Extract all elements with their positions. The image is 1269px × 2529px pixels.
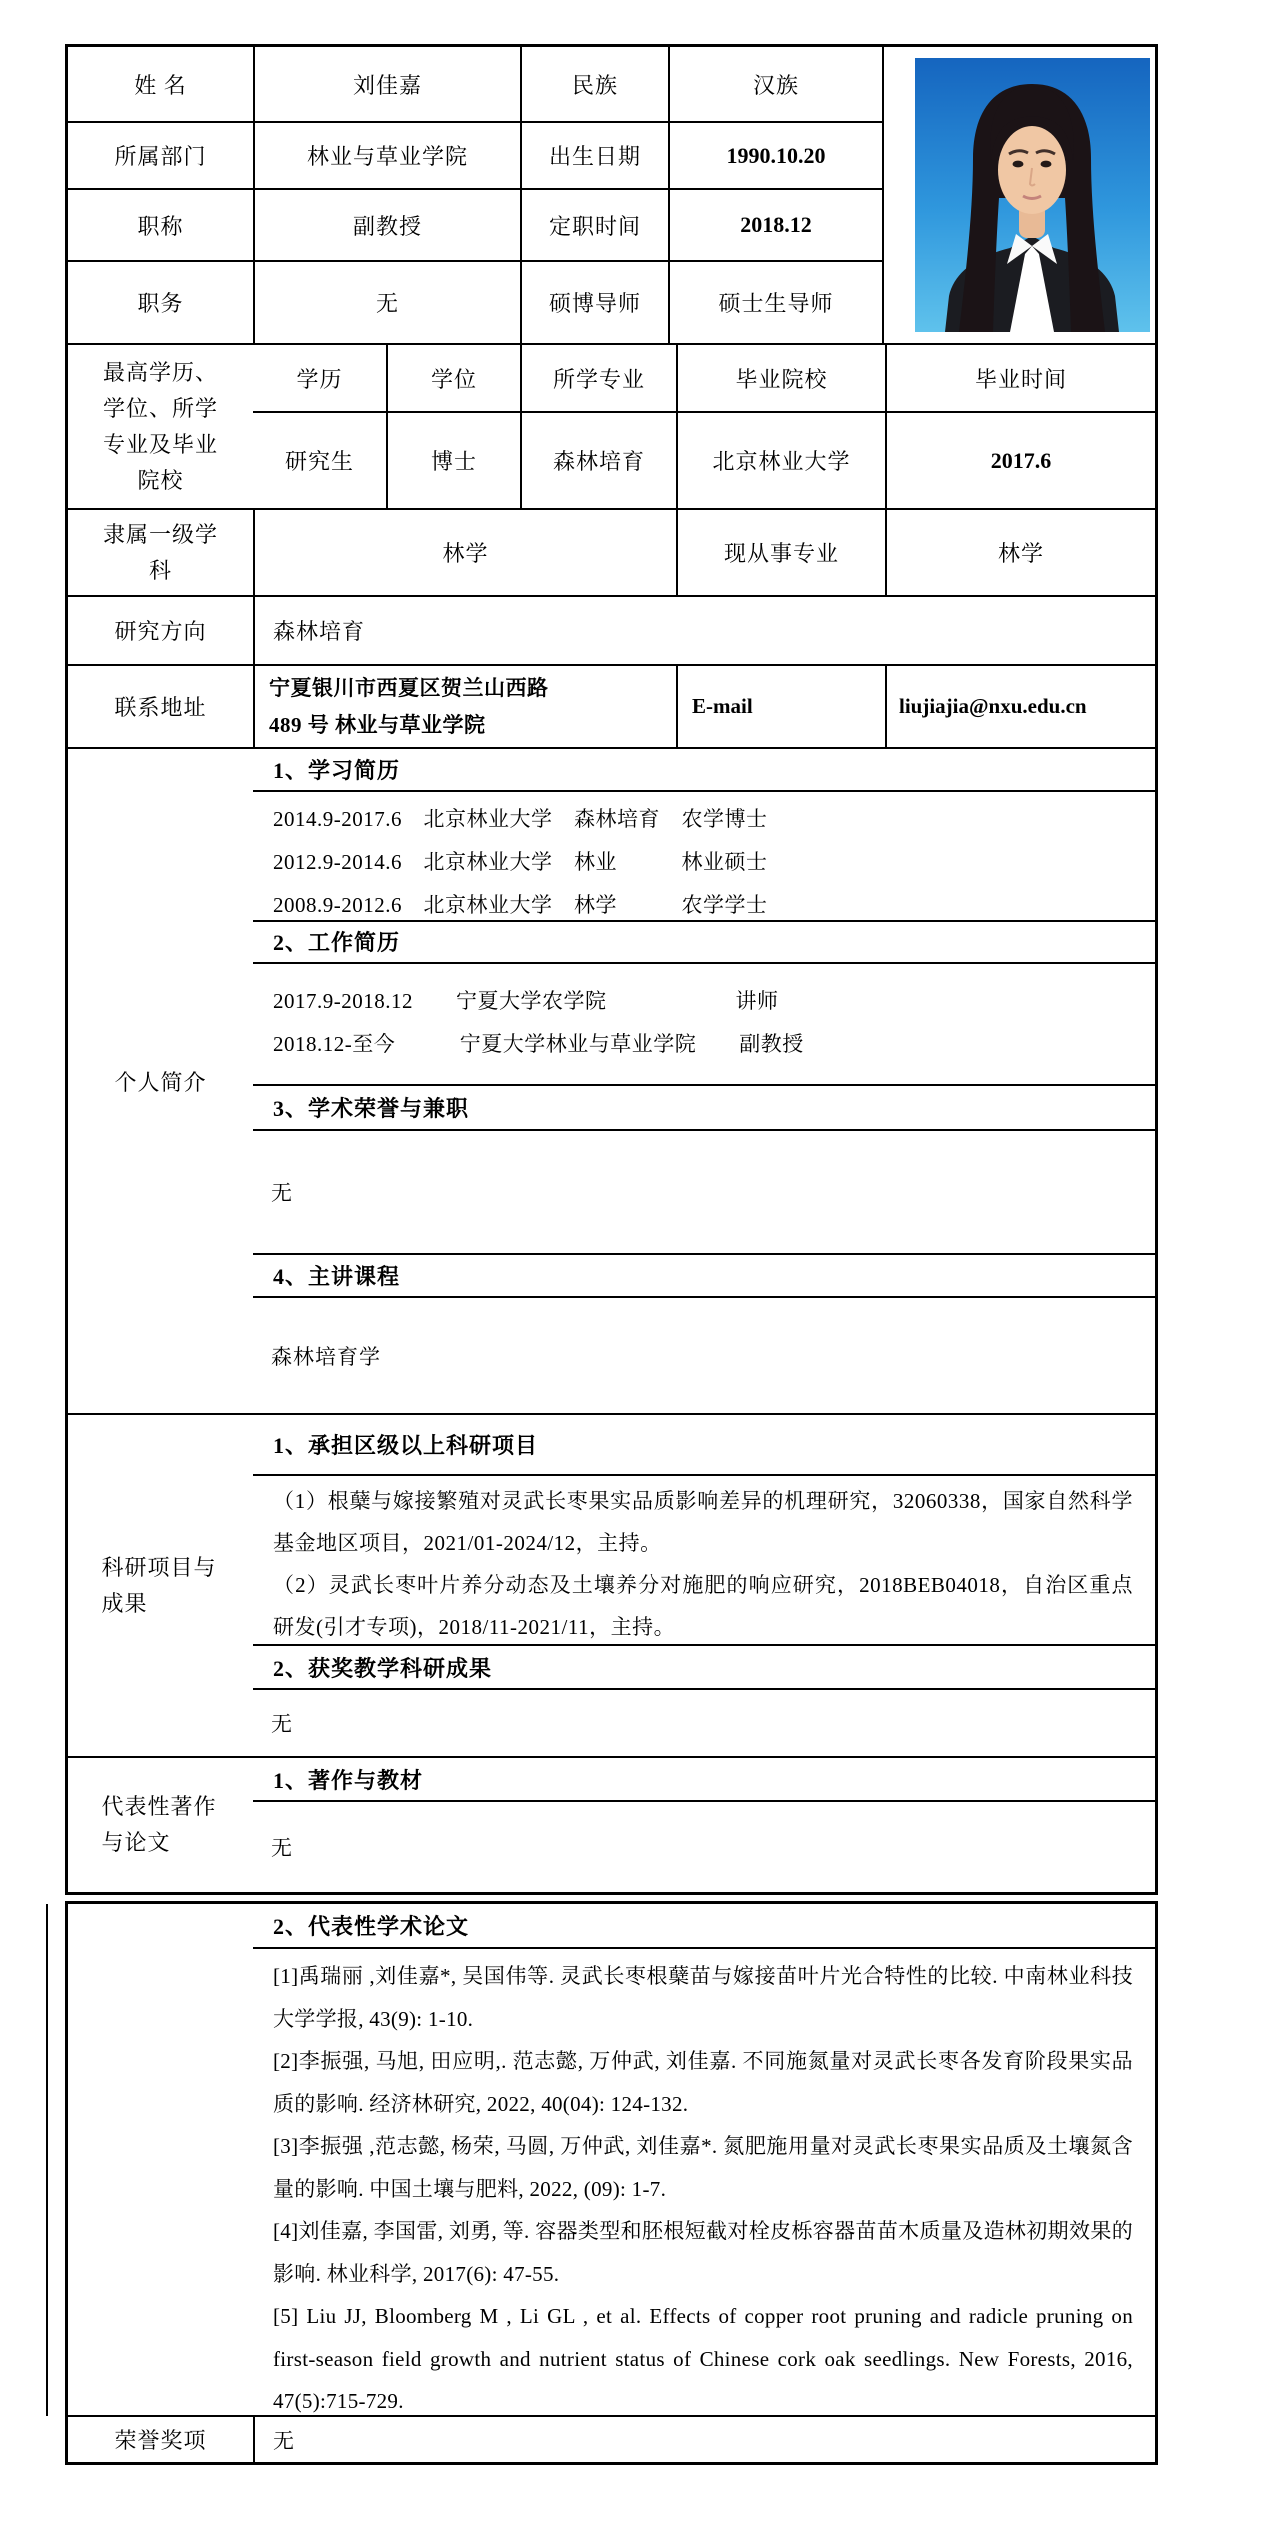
works-header1: 1、著作与教材 [253,1758,1155,1800]
birth-value: 1990.10.20 [727,143,826,169]
name-label-cell: 姓 名 [68,47,253,121]
discipline-label: 隶属一级学科 [101,517,221,589]
projects-award-value: 无 [253,1690,1155,1756]
tenure-value-cell: 2018.12 [668,190,882,260]
project-item: （2）灵武长枣叶片养分动态及土壤养分对施肥的响应研究，2018BEB04018，… [273,1564,1133,1648]
mentor-value: 硕士生导师 [718,287,833,318]
degree-header-time: 毕业时间 [885,345,1155,411]
projects-header1: 1、承担区级以上科研项目 [253,1415,1155,1474]
works-label-cell: 代表性著作与论文 [68,1758,253,1892]
work-item: 2018.12-至今 宁夏大学林业与草业学院 副教授 [273,1023,1135,1066]
degree-value-school: 北京林业大学 [676,413,885,508]
name-value-cell: 刘佳嘉 [253,47,520,121]
contact-label-cell: 联系地址 [68,666,253,747]
projects-label: 科研项目与成果 [102,1550,220,1622]
profile-work-header: 2、工作简历 [253,922,1155,962]
mentor-label: 硕博导师 [549,287,641,318]
dept-value: 林业与草业学院 [307,140,468,171]
projects-header2: 2、获奖教学科研成果 [253,1646,1155,1688]
edu-item: 2012.9-2014.6 北京林业大学 林业 林业硕士 [273,841,1135,884]
paper-item: [4]刘佳嘉, 李国雷, 刘勇, 等. 容器类型和胚根短截对栓皮栎容器苗苗木质量… [273,2210,1133,2295]
works-books-value: 无 [253,1802,1155,1892]
duty-value-cell: 无 [253,262,520,343]
projects-list: （1）根蘖与嫁接繁殖对灵武长枣果实品质影响差异的机理研究，32060338，国家… [253,1476,1155,1644]
paper-item: [1]禹瑞丽 ,刘佳嘉*, 吴国伟等. 灵武长枣根蘖苗与嫁接苗叶片光合特性的比较… [273,1955,1133,2040]
work-item: 2017.9-2018.12 宁夏大学农学院 讲师 [273,980,1135,1023]
duty-label-cell: 职务 [68,262,253,343]
projects-label-cell: 科研项目与成果 [68,1415,253,1756]
degree-header-major: 所学专业 [520,345,676,411]
degree-value-xueli: 研究生 [253,413,386,508]
birth-value-cell: 1990.10.20 [668,123,882,188]
tenure-label: 定职时间 [549,210,641,241]
birth-label-cell: 出生日期 [520,123,668,188]
duty-label: 职务 [137,287,183,318]
mentor-value-cell: 硕士生导师 [668,262,882,343]
title-value: 副教授 [353,210,422,241]
profile-edu-header: 1、学习简历 [253,749,1155,790]
mentor-label-cell: 硕博导师 [520,262,668,343]
profile-work-list: 2017.9-2018.12 宁夏大学农学院 讲师 2018.12-至今 宁夏大… [253,964,1155,1085]
degree-header-xueli: 学历 [253,345,386,411]
change-bar [46,1904,48,2416]
photo-cell [882,47,1155,343]
address-line1: 宁夏银川市西夏区贺兰山西路 [269,670,549,707]
current-major-label-cell: 现从事专业 [676,510,885,595]
cv-table-continued: 2、代表性学术论文 [1]禹瑞丽 ,刘佳嘉*, 吴国伟等. 灵武长枣根蘖苗与嫁接… [65,1901,1158,2465]
title-label-cell: 职称 [68,190,253,260]
current-major-value-cell: 林学 [885,510,1155,595]
dept-label-cell: 所属部门 [68,123,253,188]
profile-honor-value: 无 [253,1131,1155,1253]
degree-value-xuewei: 博士 [386,413,520,508]
paper-item: [3]李振强 ,范志懿, 杨荣, 马圆, 万仲武, 刘佳嘉*. 氮肥施用量对灵武… [273,2125,1133,2210]
degree-value-major: 森林培育 [520,413,676,508]
degree-header-school: 毕业院校 [676,345,885,411]
name-label: 姓 名 [134,69,187,100]
edu-item: 2014.9-2017.6 北京林业大学 森林培育 农学博士 [273,798,1135,841]
research-label-cell: 研究方向 [68,597,253,664]
profile-course-value: 森林培育学 [253,1298,1155,1413]
degree-label: 最高学历、学位、所学专业及毕业院校 [101,355,221,499]
tenure-value: 2018.12 [740,212,812,238]
birth-label: 出生日期 [549,140,641,171]
discipline-value-cell: 林学 [253,510,676,595]
paper-item: [2]李振强, 马旭, 田应明,. 范志懿, 万仲武, 刘佳嘉. 不同施氮量对灵… [273,2040,1133,2125]
address-line2: 489 号 林业与草业学院 [269,707,486,744]
profile-course-header: 4、主讲课程 [253,1255,1155,1297]
email-value-cell: liujiajia@nxu.edu.cn [885,666,1155,747]
cv-table-main: 姓 名 刘佳嘉 民族 汉族 所属部门 林业与草业学院 出生日期 1990.10.… [65,44,1158,1895]
profile-honor-header: 3、学术荣誉与兼职 [253,1086,1155,1129]
email-label-cell: E-mail [676,666,885,747]
honors-label-cell: 荣誉奖项 [68,2417,253,2462]
title-label: 职称 [137,210,183,241]
degree-label-cell: 最高学历、学位、所学专业及毕业院校 [68,345,253,508]
works-header2: 2、代表性学术论文 [253,1904,1155,1947]
ethnic-value: 汉族 [753,69,799,100]
degree-header-xuewei: 学位 [386,345,520,411]
dept-value-cell: 林业与草业学院 [253,123,520,188]
honors-value-cell: 无 [253,2417,1155,2462]
paper-item: [5] Liu JJ, Bloomberg M , Li GL , et al.… [273,2295,1133,2423]
research-value-cell: 森林培育 [253,597,1155,664]
degree-value-time: 2017.6 [885,413,1155,508]
profile-edu-list: 2014.9-2017.6 北京林业大学 森林培育 农学博士 2012.9-20… [253,792,1155,920]
profile-label-cell: 个人简介 [68,749,253,1413]
name-value: 刘佳嘉 [353,69,422,100]
works-label-cell-continued [68,1904,253,2415]
duty-value: 无 [376,287,399,318]
ethnic-value-cell: 汉族 [668,47,882,121]
papers-list: [1]禹瑞丽 ,刘佳嘉*, 吴国伟等. 灵武长枣根蘖苗与嫁接苗叶片光合特性的比较… [253,1949,1155,2415]
tenure-label-cell: 定职时间 [520,190,668,260]
title-value-cell: 副教授 [253,190,520,260]
ethnic-label-cell: 民族 [520,47,668,121]
contact-address-cell: 宁夏银川市西夏区贺兰山西路 489 号 林业与草业学院 [253,666,676,747]
works-label: 代表性著作与论文 [102,1789,220,1861]
project-item: （1）根蘖与嫁接繁殖对灵武长枣果实品质影响差异的机理研究，32060338，国家… [273,1480,1133,1564]
discipline-label-cell: 隶属一级学科 [68,510,253,595]
cv-page: 姓 名 刘佳嘉 民族 汉族 所属部门 林业与草业学院 出生日期 1990.10.… [0,0,1269,2529]
id-photo [915,58,1150,332]
dept-label: 所属部门 [114,140,206,171]
ethnic-label: 民族 [572,69,618,100]
